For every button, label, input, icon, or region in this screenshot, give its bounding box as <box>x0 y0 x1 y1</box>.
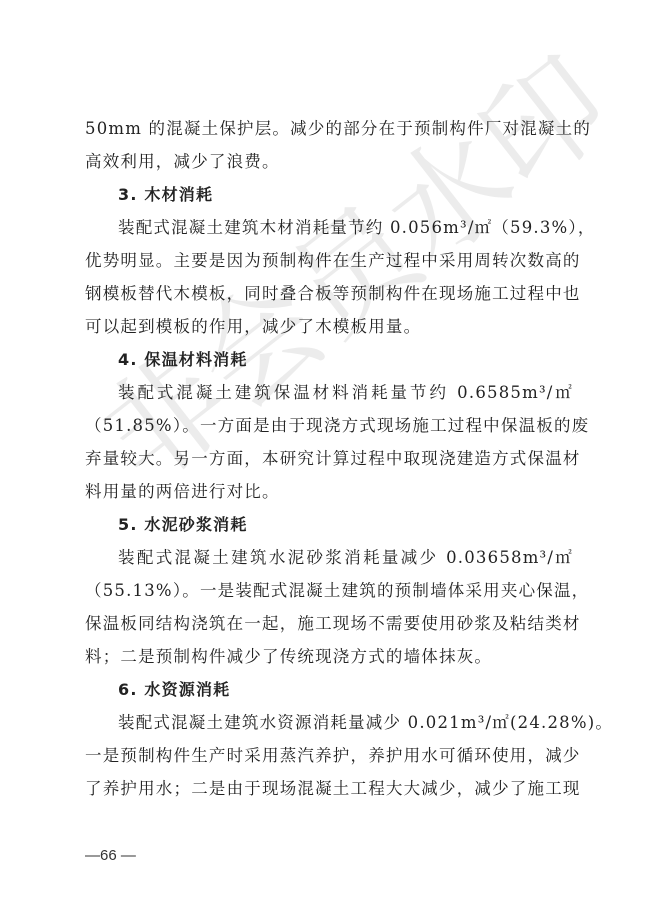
text-line: 装配式混凝土建筑木材消耗量节约 0.056m³/㎡（59.3%）， <box>85 211 573 244</box>
text-line: 了养护用水；二是由于现场混凝土工程大大减少，减少了施工现 <box>85 772 573 805</box>
section-heading-wood: 3. 木材消耗 <box>85 178 573 211</box>
document-body: 50mm 的混凝土保护层。减少的部分在于预制构件厂对混凝土的 高效利用，减少了浪… <box>85 112 573 805</box>
text-line: 装配式混凝土建筑水泥砂浆消耗量减少 0.03658m³/㎡ <box>85 541 573 574</box>
section-heading-mortar: 5. 水泥砂浆消耗 <box>85 508 573 541</box>
page-number: —66 — <box>85 847 136 864</box>
text-line: 可以起到模板的作用，减少了木模板用量。 <box>85 310 573 343</box>
text-line: 料用量的两倍进行对比。 <box>85 475 573 508</box>
text-line: 装配式混凝土建筑水资源消耗量减少 0.021m³/㎡(24.28%)。 <box>85 706 573 739</box>
text-line: （51.85%）。一方面是由于现浇方式现场施工过程中保温板的废 <box>85 409 573 442</box>
text-line: 优势明显。主要是因为预制构件在生产过程中采用周转次数高的 <box>85 244 573 277</box>
text-line: 装配式混凝土建筑保温材料消耗量节约 0.6585m³/㎡ <box>85 376 573 409</box>
section-heading-water: 6. 水资源消耗 <box>85 673 573 706</box>
text-line: 保温板同结构浇筑在一起，施工现场不需要使用砂浆及粘结类材 <box>85 607 573 640</box>
section-heading-insulation: 4. 保温材料消耗 <box>85 343 573 376</box>
text-line: 50mm 的混凝土保护层。减少的部分在于预制构件厂对混凝土的 <box>85 112 573 145</box>
text-line: 钢模板替代木模板，同时叠合板等预制构件在现场施工过程中也 <box>85 277 573 310</box>
text-line: 料；二是预制构件减少了传统现浇方式的墙体抹灰。 <box>85 640 573 673</box>
text-line: （55.13%）。一是装配式混凝土建筑的预制墙体采用夹心保温， <box>85 574 573 607</box>
text-line: 弃量较大。另一方面，本研究计算过程中取现浇建造方式保温材 <box>85 442 573 475</box>
text-line: 一是预制构件生产时采用蒸汽养护，养护用水可循环使用，减少 <box>85 739 573 772</box>
text-line: 高效利用，减少了浪费。 <box>85 145 573 178</box>
